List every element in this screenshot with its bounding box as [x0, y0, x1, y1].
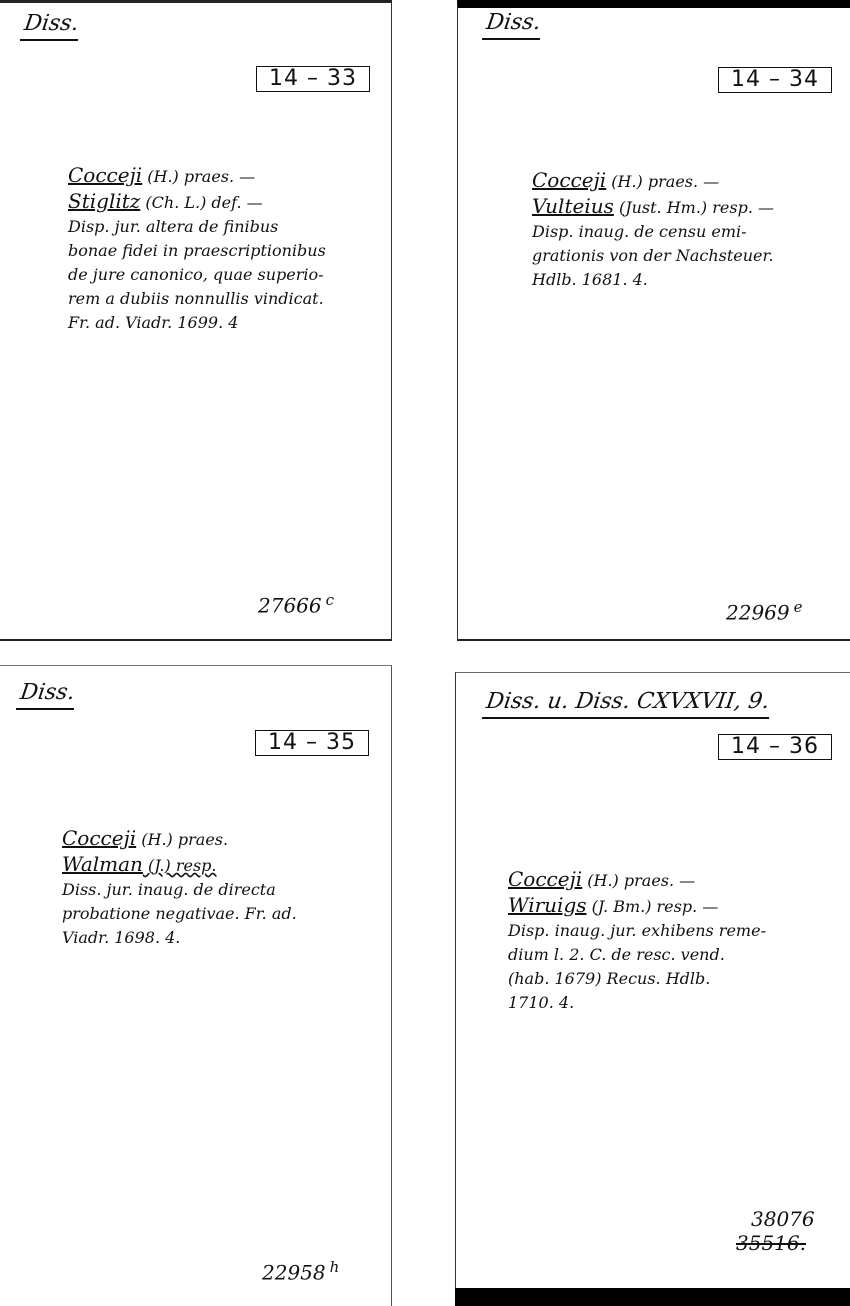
- respondent-name: Stiglitz: [68, 189, 140, 213]
- imprint-line: Fr. ad. Viadr. 1699. 4: [68, 311, 326, 335]
- accession-value: 22969: [726, 601, 790, 625]
- author-name: Cocceji: [62, 826, 136, 850]
- accession-number: 38076: [751, 1207, 815, 1231]
- respondent-name: Vulteius: [532, 194, 614, 218]
- accession-value: 22958: [262, 1261, 326, 1285]
- card-entry: Cocceji (H.) praes. Walman (J.) resp. Di…: [62, 826, 297, 950]
- author-role: (H.) praes. —: [606, 172, 719, 191]
- title-line: grationis von der Nachsteuer.: [532, 244, 774, 268]
- author-name: Cocceji: [532, 168, 606, 192]
- accession-suffix: h: [330, 1258, 340, 1276]
- imprint-line: Hdlb. 1681. 4.: [532, 268, 774, 292]
- catalog-card-14-35: Diss. 14 – 35 Cocceji (H.) praes. Walman…: [0, 665, 392, 1306]
- accession-value: 27666: [258, 594, 322, 618]
- title-line: de jure canonico, quae superio-: [68, 263, 326, 287]
- catalog-card-14-34: Diss. 14 – 34 Cocceji (H.) praes. — Vult…: [457, 0, 850, 641]
- accession-suffix: e: [794, 598, 803, 616]
- shelfmark-box: 14 – 36: [718, 734, 832, 760]
- accession-number-old: 35516.: [736, 1231, 806, 1255]
- respondent-role: (Just. Hm.) resp. —: [614, 198, 774, 217]
- imprint-line: Viadr. 1698. 4.: [62, 926, 297, 950]
- accession-number: 22969e: [726, 598, 803, 625]
- respondent-name: Wiruigs: [508, 893, 587, 917]
- catalog-card-14-33: Diss. 14 – 33 Cocceji (H.) praes. — Stig…: [0, 0, 392, 641]
- card-entry: Cocceji (H.) praes. — Vulteius (Just. Hm…: [532, 168, 774, 292]
- title-line: (hab. 1679) Recus. Hdlb.: [508, 967, 766, 991]
- card-entry: Cocceji (H.) praes. — Stiglitz (Ch. L.) …: [68, 163, 326, 335]
- respondent-name: Walman: [62, 852, 143, 876]
- title-line: dium l. 2. C. de resc. vend.: [508, 943, 766, 967]
- title-line: Disp. jur. altera de finibus: [68, 215, 326, 239]
- respondent-role: (Ch. L.) def. —: [140, 193, 262, 212]
- category-label: Diss. u. Diss. CXVXVII, 9.: [482, 689, 773, 719]
- category-label: Diss.: [16, 680, 78, 710]
- category-label: Diss.: [482, 10, 544, 40]
- respondent-role: (J.) resp.: [143, 856, 217, 875]
- scan-edge: [455, 1288, 850, 1306]
- author-role: (H.) praes. —: [142, 167, 255, 186]
- shelfmark-box: 14 – 34: [718, 67, 832, 93]
- accession-suffix: c: [326, 591, 334, 609]
- accession-number: 27666c: [258, 591, 334, 618]
- card-entry: Cocceji (H.) praes. — Wiruigs (J. Bm.) r…: [508, 867, 766, 1015]
- shelfmark-box: 14 – 33: [256, 66, 370, 92]
- author-name: Cocceji: [68, 163, 142, 187]
- title-line: Diss. jur. inaug. de directa: [62, 878, 297, 902]
- shelfmark-box: 14 – 35: [255, 730, 369, 756]
- title-line: Disp. inaug. de censu emi-: [532, 220, 774, 244]
- title-line: probatione negativae. Fr. ad.: [62, 902, 297, 926]
- title-line: rem a dubiis nonnullis vindicat.: [68, 287, 326, 311]
- title-line: bonae fidei in praescriptionibus: [68, 239, 326, 263]
- title-line: Disp. inaug. jur. exhibens reme-: [508, 919, 766, 943]
- catalog-card-14-36: Diss. u. Diss. CXVXVII, 9. 14 – 36 Cocce…: [455, 672, 850, 1288]
- accession-number: 22958h: [262, 1258, 339, 1285]
- imprint-line: 1710. 4.: [508, 991, 766, 1015]
- author-name: Cocceji: [508, 867, 582, 891]
- author-role: (H.) praes.: [136, 830, 228, 849]
- category-label: Diss.: [20, 11, 82, 41]
- respondent-role: (J. Bm.) resp. —: [587, 897, 719, 916]
- author-role: (H.) praes. —: [582, 871, 695, 890]
